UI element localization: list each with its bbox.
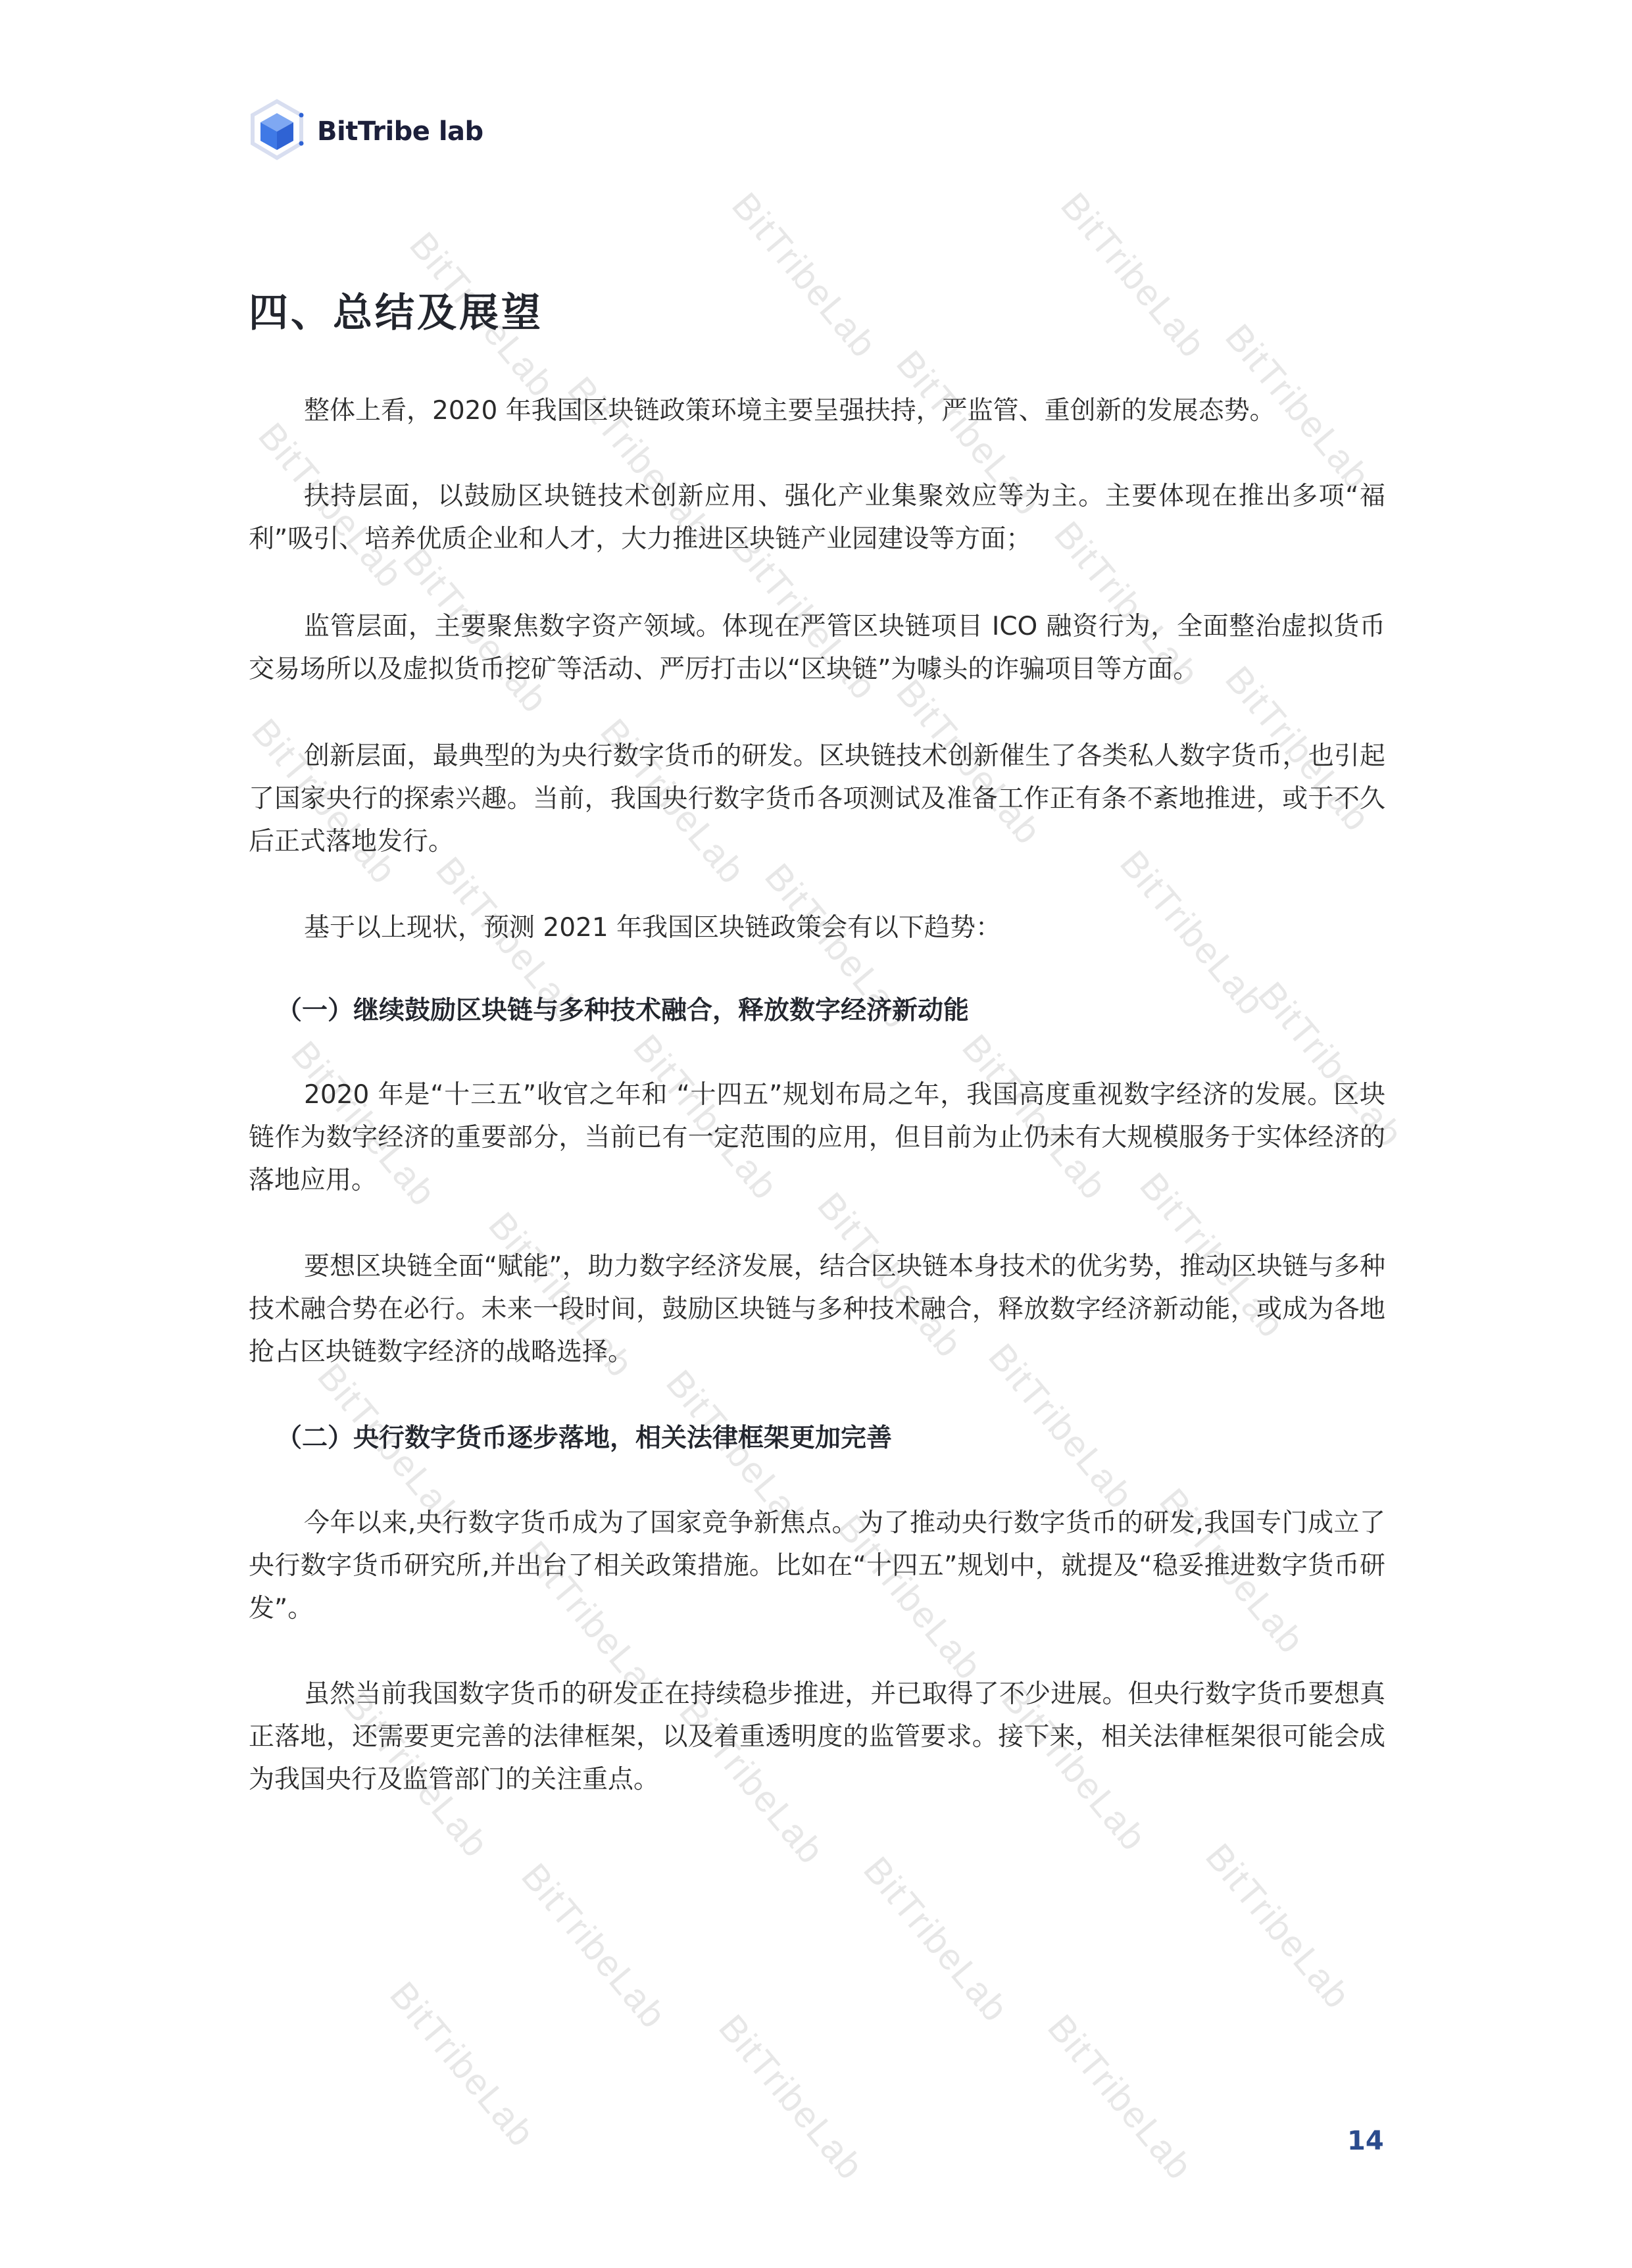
watermark: BitTribeLab — [724, 184, 886, 366]
cube-logo-icon — [249, 99, 305, 164]
subsection-heading-1: （一）继续鼓励区块链与多种技术融合，释放数字经济新动能 — [276, 990, 969, 1027]
paragraph-digital-economy: 2020 年是“十三五”收官之年和 “十四五”规划布局之年，我国高度重视数字经济… — [249, 1073, 1385, 1202]
subsection-heading-2: （二）央行数字货币逐步落地，相关法律框架更加完善 — [276, 1417, 892, 1454]
brand-logo: BitTribe lab — [249, 99, 483, 164]
section-title: 四、总结及展望 — [249, 282, 543, 338]
paragraph-support: 扶持层面，以鼓励区块链技术创新应用、强化产业集聚效应等为主。主要体现在推出多项“… — [249, 475, 1385, 560]
paragraph-tech-fusion: 要想区块链全面“赋能”，助力数字经济发展，结合区块链本身技术的优劣势，推动区块链… — [249, 1245, 1385, 1373]
watermark: BitTribeLab — [1197, 1835, 1360, 2017]
watermark: BitTribeLab — [710, 2006, 873, 2188]
brand-name: BitTribe lab — [317, 116, 483, 147]
paragraph-regulation: 监管层面，主要聚焦数字资产领域。体现在严管区块链项目 ICO 融资行为，全面整治… — [249, 605, 1385, 691]
paragraph-forecast-intro: 基于以上现状，预测 2021 年我国区块链政策会有以下趋势： — [249, 906, 1385, 949]
watermark: BitTribeLab — [513, 1855, 676, 2036]
paragraph-dcep: 今年以来,央行数字货币成为了国家竞争新焦点。为了推动央行数字货币的研发,我国专门… — [249, 1502, 1385, 1630]
watermark: BitTribeLab — [855, 1848, 1018, 2030]
paragraph-overview: 整体上看，2020 年我国区块链政策环境主要呈强扶持，严监管、重创新的发展态势。 — [249, 389, 1385, 432]
paragraph-innovation: 创新层面，最典型的为央行数字货币的研发。区块链技术创新催生了各类私人数字货币，也… — [249, 735, 1385, 863]
watermark: BitTribeLab — [382, 1973, 544, 2155]
paragraph-legal-framework: 虽然当前我国数字货币的研发正在持续稳步推进，并已取得了不少进展。但央行数字货币要… — [249, 1673, 1385, 1801]
watermark: BitTribeLab — [1039, 2006, 1202, 2188]
watermark: BitTribeLab — [1052, 184, 1215, 366]
page-number: 14 — [1347, 2126, 1384, 2156]
